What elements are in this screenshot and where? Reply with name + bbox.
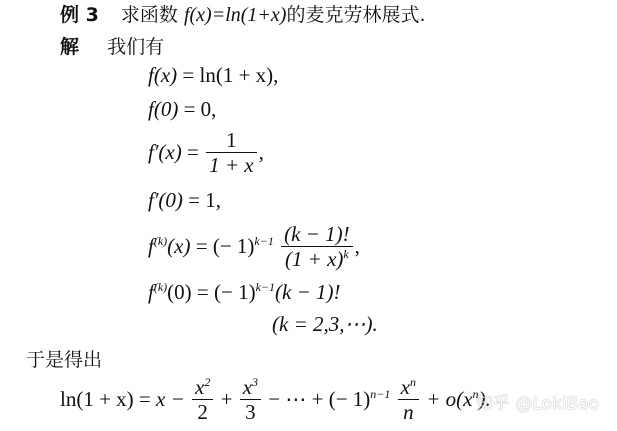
series-f2-sup: 3: [252, 375, 258, 389]
example-heading: 例 3 求函数 f(x)=ln(1+x)的麦克劳林展式.: [60, 0, 426, 27]
condition: (k = 2,3,⋯).: [272, 312, 378, 337]
eq5-numerator: (k − 1)!: [281, 222, 352, 247]
eq6-tail: (k − 1)!: [275, 280, 340, 304]
series-frac-2: x3 3: [240, 375, 261, 424]
equation-2: f(0) = 0,: [148, 97, 216, 122]
eq5-lhs-sup: (k): [154, 234, 167, 248]
eq3-lhs: f′(x): [148, 140, 182, 164]
series-frac-1: x2 2: [192, 375, 213, 424]
eq4-rhs: = 1,: [188, 188, 221, 212]
example-label: 例 3: [60, 4, 99, 26]
eq2-rhs: = 0,: [184, 97, 217, 121]
eq3-fraction: 1 1 + x: [206, 128, 257, 177]
series-f1-sup: 2: [204, 375, 210, 389]
eq5-fraction: (k − 1)! (1 + x)k: [281, 222, 352, 271]
series-mid: − ⋯ + (− 1): [268, 387, 370, 411]
eq5-tail: ,: [355, 234, 360, 258]
series-f2-num: x: [243, 375, 252, 399]
series-f3-den: n: [398, 400, 419, 424]
series-frac-3: xn n: [398, 375, 419, 424]
eq3-denominator: 1 + x: [206, 153, 257, 177]
equation-1: f(x) = ln(1 + x),: [148, 63, 278, 88]
series-mid-sup: n−1: [370, 387, 390, 401]
series-f3-num: x: [401, 375, 410, 399]
eq5-equals: = (− 1): [196, 234, 255, 258]
series-term1: x −: [156, 387, 185, 411]
eq3-tail: ,: [259, 140, 264, 164]
solution-label: 解: [60, 36, 79, 58]
example-prompt-suffix: 的麦克劳林展式.: [286, 4, 425, 26]
equation-3: f′(x) = 1 1 + x ,: [148, 128, 264, 177]
conclusion-intro: 于是得出: [26, 345, 102, 372]
equation-4: f′(0) = 1,: [148, 188, 221, 213]
series-f2-den: 3: [240, 400, 261, 424]
eq6-lhs-sup: (k): [154, 280, 167, 294]
eq5-eq-sup: k−1: [254, 234, 273, 248]
eq3-equals: =: [187, 140, 199, 164]
eq6-equals: = (− 1): [197, 280, 256, 304]
eq6-eq-sup: k−1: [256, 280, 275, 294]
series-tail: + o(x: [426, 387, 472, 411]
example-prompt-formula: f(x)=ln(1+x): [184, 4, 287, 26]
equation-5: f(k)(x) = (− 1)k−1 (k − 1)! (1 + x)k ,: [148, 222, 360, 271]
eq5-den-base: (1 + x): [285, 247, 343, 271]
series-f1-den: 2: [192, 400, 213, 424]
eq1-rhs: = ln(1 + x),: [182, 63, 278, 87]
eq4-lhs: f′(0): [148, 188, 183, 212]
eq5-den-sup: k: [343, 247, 348, 261]
solution-intro: 我们有: [107, 36, 164, 58]
eq2-lhs: f(0): [148, 97, 178, 121]
equation-6: f(k)(0) = (− 1)k−1(k − 1)!: [148, 280, 341, 305]
maclaurin-series: ln(1 + x) = x − x2 2 + x3 3 − ⋯ + (− 1)n…: [60, 375, 491, 424]
watermark: 知乎 @LokiBao: [476, 389, 599, 414]
series-lhs: ln(1 + x) =: [60, 387, 151, 411]
eq5-lhs-arg: (x): [167, 234, 190, 258]
series-op1: +: [221, 387, 233, 411]
solution-heading: 解 我们有: [60, 32, 164, 59]
series-f3-sup: n: [410, 375, 416, 389]
eq6-lhs-arg: (0): [167, 280, 192, 304]
example-prompt-prefix: 求函数: [121, 4, 178, 26]
series-f1-num: x: [195, 375, 204, 399]
eq3-numerator: 1: [206, 128, 257, 153]
eq1-lhs: f(x): [148, 63, 177, 87]
